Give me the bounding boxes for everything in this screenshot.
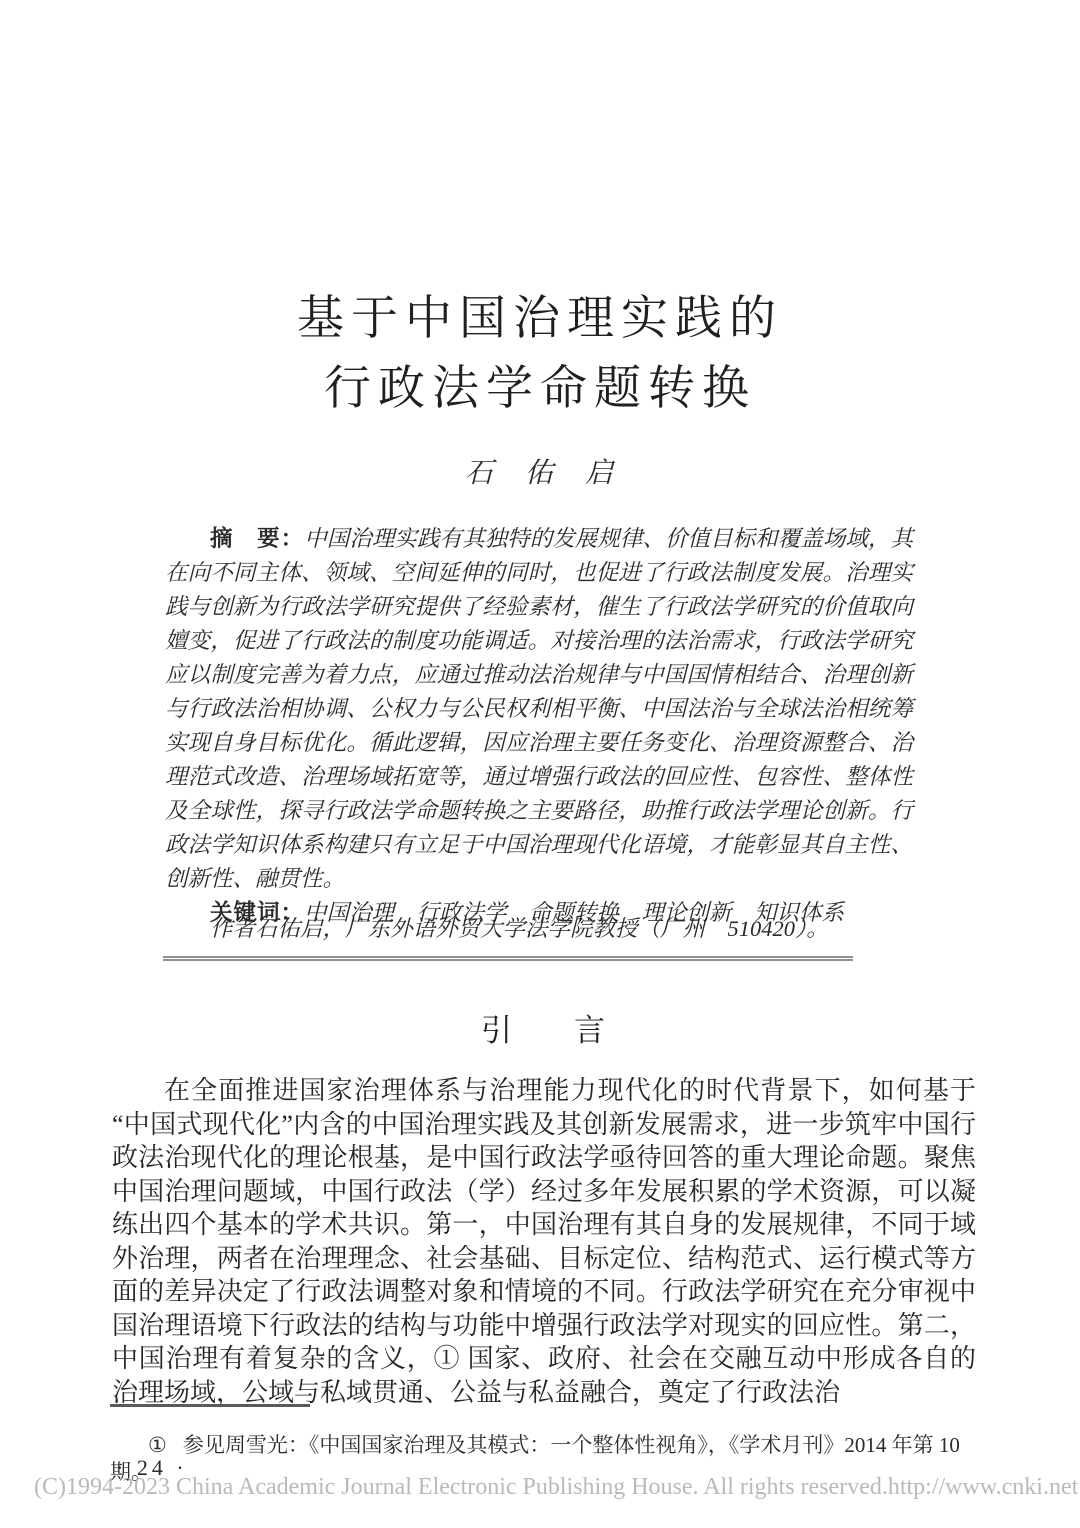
author-affiliation-note: 作者石佑启，广东外语外贸大学法学院教授（广州 510420）。: [165, 914, 913, 944]
abstract-paragraph: 摘 要：中国治理实践有其独特的发展规律、价值目标和覆盖场域，其在向不同主体、领域…: [165, 522, 913, 896]
abstract-block: 摘 要：中国治理实践有其独特的发展规律、价值目标和覆盖场域，其在向不同主体、领域…: [165, 522, 913, 930]
footnote-separator-rule: [110, 1404, 310, 1407]
introduction-heading: 引 言: [110, 1005, 976, 1050]
watermark-copyright: (C)1994-2023 China Academic Journal Elec…: [34, 1474, 888, 1501]
header-double-rule: [163, 956, 853, 961]
abstract-label: 摘 要：: [210, 526, 304, 551]
article-title-line2: 行政法学命题转换: [0, 354, 1080, 424]
cnki-watermark: (C)1994-2023 China Academic Journal Elec…: [34, 1474, 904, 1501]
footnote-marker: ①: [148, 1433, 167, 1457]
journal-article-page: 基于中国治理实践的 行政法学命题转换 石 佑 启 摘 要：中国治理实践有其独特的…: [0, 0, 1080, 1528]
article-title: 基于中国治理实践的 行政法学命题转换: [0, 284, 1080, 424]
introduction-paragraph: 在全面推进国家治理体系与治理能力现代化的时代背景下，如何基于“中国式现代化”内含…: [112, 1074, 976, 1409]
author-name: 石 佑 启: [0, 451, 1080, 491]
watermark-url: http://www.cnki.net: [888, 1474, 1078, 1501]
article-title-line1: 基于中国治理实践的: [0, 284, 1080, 354]
abstract-text: 中国治理实践有其独特的发展规律、价值目标和覆盖场域，其在向不同主体、领域、空间延…: [165, 526, 913, 891]
